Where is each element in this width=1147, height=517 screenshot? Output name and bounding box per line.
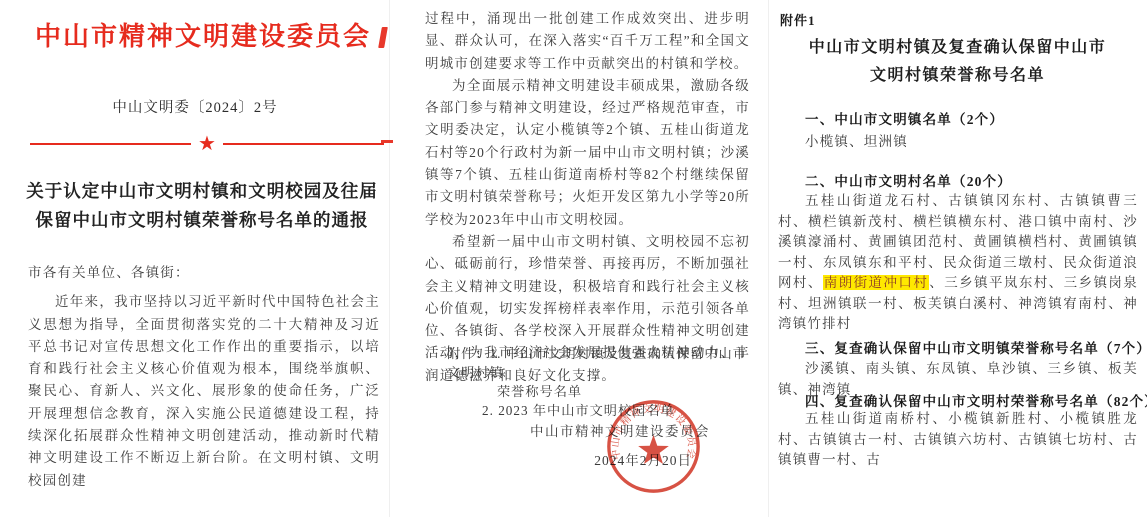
document-title-line1: 关于认定中山市文明村镇和文明校园及往届 xyxy=(20,177,384,206)
seal-star-icon xyxy=(638,435,669,464)
paragraph-1: 近年来，我市坚持以习近平新时代中国特色社会主义思想为指导，全面贯彻落实党的二十大… xyxy=(28,291,380,492)
section1-heading: 一、中山市文明镇名单（2个） xyxy=(778,108,1138,128)
document-number: 中山文明委〔2024〕2号 xyxy=(0,96,390,117)
page-2-notice-continued: 过程中，涌现出一批创建工作成效突出、进步明显、群众认可，在深入落实“百千万工程”… xyxy=(390,0,770,517)
star-icon: ★ xyxy=(198,134,216,154)
page-separator-2 xyxy=(768,0,769,517)
divider-line-right xyxy=(223,143,384,146)
attachment-item-1-wrap: 荣誉称号名单 xyxy=(425,382,755,401)
page-separator-1 xyxy=(389,0,390,517)
paragraph-2: 为全面展示精神文明建设丰硕成果，激励各级各部门参与精神文明建设，经过严格规范审查… xyxy=(425,75,750,231)
appendix-title-line1: 中山市文明村镇及复查确认保留中山市 xyxy=(778,34,1137,62)
official-seal: 中山市精神文明建设委员会 xyxy=(605,398,702,495)
section2-heading: 二、中山市文明村名单（20个） xyxy=(778,170,1138,190)
salutation: 市各有关单位、各镇街： xyxy=(28,262,380,284)
section3-heading: 三、复查确认保留中山市文明镇荣誉称号名单（7个） xyxy=(778,337,1138,357)
section2-list: 五桂山街道龙石村、古镇镇冈东村、古镇镇曹三村、横栏镇新茂村、横栏镇横东村、港口镇… xyxy=(778,191,1138,335)
document-title-line2: 保留中山市文明村镇荣誉称号名单的通报 xyxy=(20,206,384,235)
section4-heading: 四、复查确认保留中山市文明村荣誉称号名单（82个） xyxy=(778,390,1138,410)
scanned-document-view: 中山市精神文明建设委员会 中山文明委〔2024〕2号 ★ 关于认定中山市文明村镇… xyxy=(0,0,1147,517)
divider-line-left xyxy=(30,143,191,146)
attachment-list: 附件：1. 中山市文明村镇及复查确认保留中山市文明村镇 荣誉称号名单 2. 20… xyxy=(425,344,755,420)
star-divider: ★ xyxy=(30,133,384,155)
appendix-label: 附件1 xyxy=(780,10,816,29)
appendix-title-line2: 文明村镇荣誉称号名单 xyxy=(778,62,1137,90)
page-1-notice-front: 中山市精神文明建设委员会 中山文明委〔2024〕2号 ★ 关于认定中山市文明村镇… xyxy=(0,0,390,517)
page1-body: 市各有关单位、各镇街： 近年来，我市坚持以习近平新时代中国特色社会主义思想为指导… xyxy=(28,262,380,492)
section4-list: 五桂山街道南桥村、小榄镇新胜村、小榄镇胜龙村、古镇镇古一村、古镇镇六坊村、古镇镇… xyxy=(778,409,1138,471)
attachment-item-2: 2. 2023 年中山市文明校园名单 xyxy=(425,401,755,420)
page2-body: 过程中，涌现出一批创建工作成效突出、进步明显、群众认可，在深入落实“百千万工程”… xyxy=(425,8,750,387)
page-3-appendix-1: 附件1 中山市文明村镇及复查确认保留中山市 文明村镇荣誉称号名单 一、中山市文明… xyxy=(770,0,1147,517)
document-title: 关于认定中山市文明村镇和文明校园及往届 保留中山市文明村镇荣誉称号名单的通报 xyxy=(20,177,384,235)
appendix-title: 中山市文明村镇及复查确认保留中山市 文明村镇荣誉称号名单 xyxy=(778,34,1137,90)
issuing-org-header: 中山市精神文明建设委员会 xyxy=(22,16,384,53)
paragraph-1-continued: 过程中，涌现出一批创建工作成效突出、进步明显、群众认可，在深入落实“百千万工程”… xyxy=(425,8,750,75)
attachment-item-1: 附件：1. 中山市文明村镇及复查确认保留中山市文明村镇 xyxy=(425,344,755,382)
section1-list: 小榄镇、坦洲镇 xyxy=(778,132,1138,153)
scan-artifact-red-dash xyxy=(381,140,393,143)
highlighted-village: 南朗街道冲口村 xyxy=(823,275,929,290)
